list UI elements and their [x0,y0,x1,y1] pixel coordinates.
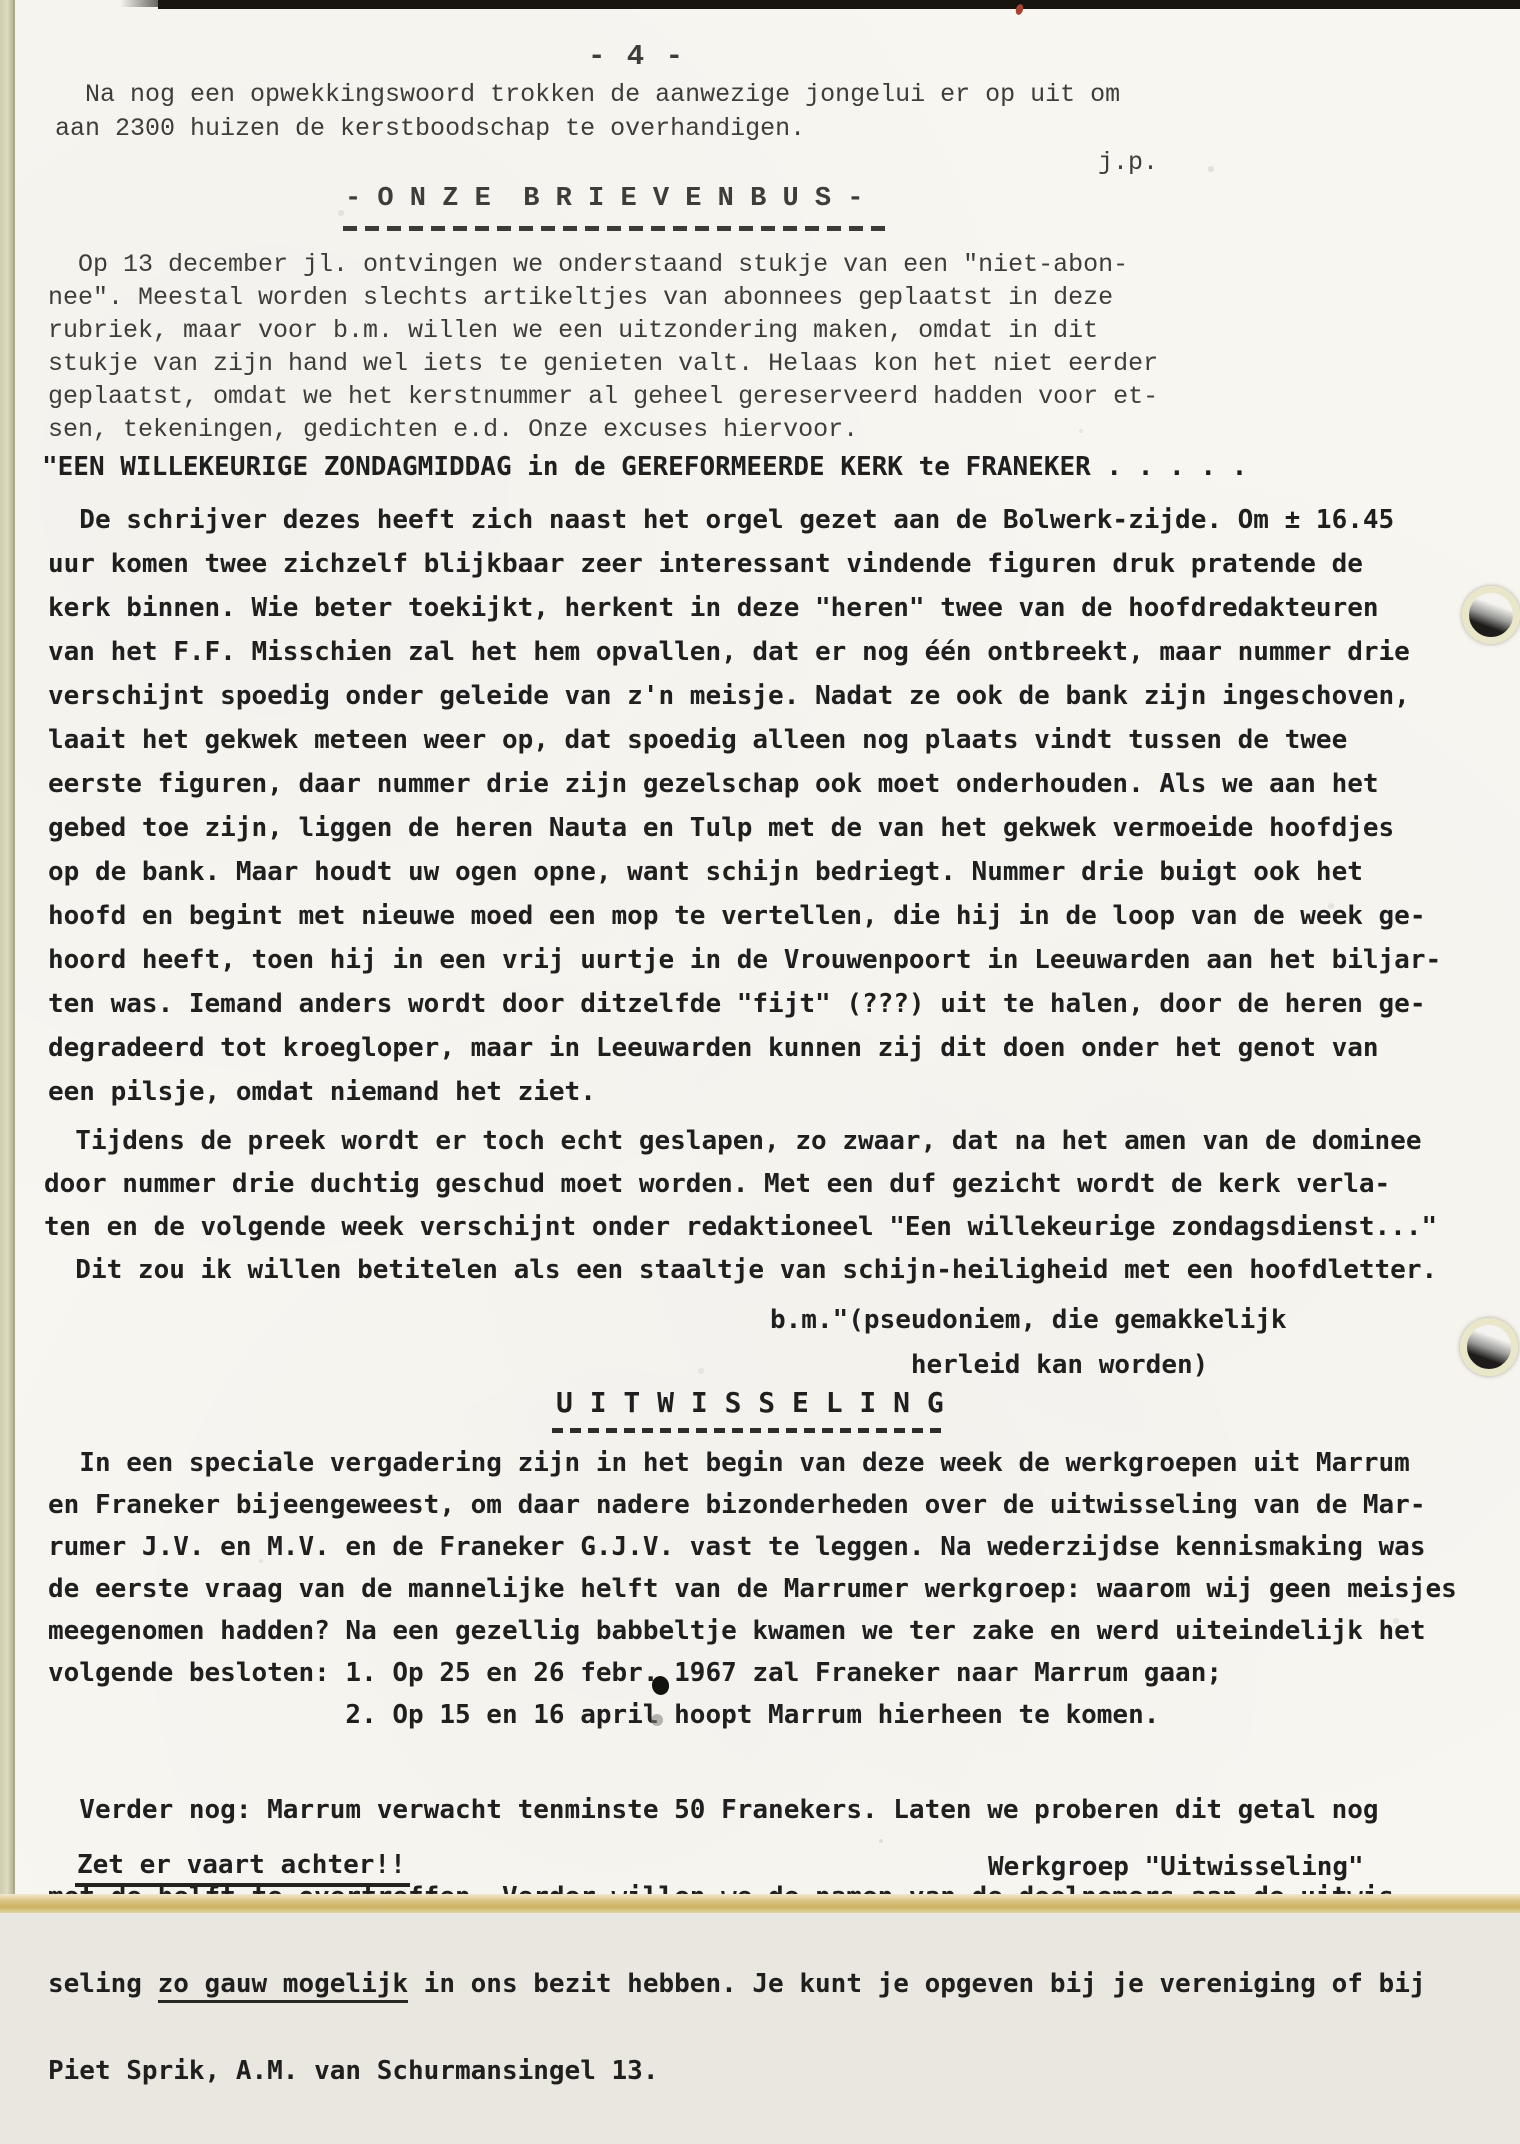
scan-background-bottom [0,1913,1520,1920]
page-number: - 4 - [588,40,685,73]
ink-smudge [651,1714,663,1726]
story-paragraph-2: Tijdens de preek wordt er toch echt gesl… [44,1120,1437,1292]
story-paragraph-1: De schrijver dezes heeft zich naast het … [48,498,1441,1114]
uitwisseling-heading: U I T W I S S E L I N G [556,1386,944,1419]
left-page-edge [0,0,15,1920]
brievenbus-heading-underline [343,226,885,231]
intro-paragraph: Na nog een opwekkingswoord trokken de aa… [55,78,1120,146]
story-heading: "EEN WILLEKEURIGE ZONDAGMIDDAG in de GER… [42,452,1247,482]
uitwisseling-paragraph-1: In een speciale vergadering zijn in het … [48,1442,1457,1736]
brievenbus-paragraph: Op 13 december jl. ontvingen we ondersta… [48,248,1158,446]
scan-speckles [0,0,2,2]
uitwisseling-heading-underline [552,1428,948,1433]
paper-sheet: - 4 - Na nog een opwekkingswoord trokken… [0,0,1520,1920]
top-scan-edge-fade [120,0,180,7]
call-to-action: Zet er vaart achter!! [75,1850,410,1887]
werkgroep-signature: Werkgroep "Uitwisseling" [988,1852,1364,1882]
uitwisseling-paragraph-2: Verder nog: Marrum verwacht tenminste 50… [48,1738,1426,1920]
intro-signature: j.p. [1098,148,1158,177]
punch-hole-top [1462,586,1520,644]
story-signature: b.m."(pseudoniem, die gemakkelijk herlei… [770,1298,1287,1388]
bottom-page-edge [0,1894,1520,1913]
brievenbus-heading: - O N Z E B R I E V E N B U S - [345,184,863,214]
punch-hole-bottom [1460,1318,1518,1376]
top-scan-edge [158,0,1520,9]
uitwisseling-line: Verder nog: Marrum verwacht tenminste 50… [48,1796,1426,1825]
